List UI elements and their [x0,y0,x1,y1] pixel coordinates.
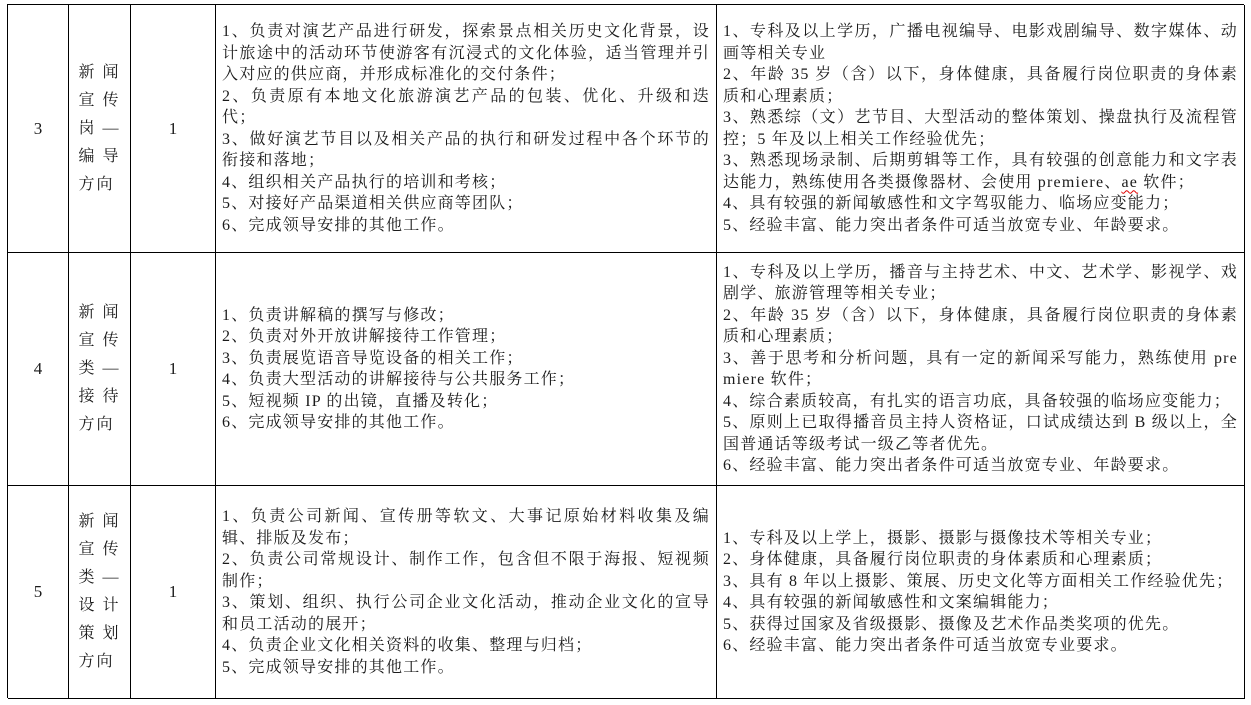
requirement-item: 4、综合素质较高，有扎实的语言功底，具备较强的临场应变能力； [723,391,1238,413]
duty-item: 2、负责原有本地文化旅游演艺产品的包装、优化、升级和迭代； [222,86,710,129]
requirements-cell: 1、专科及以上学上，摄影、摄影与摄像技术等相关专业； 2、身体健康，具备履行岗位… [717,486,1245,699]
position-name: 新闻宣传类—设计策划方向 [79,508,121,676]
duty-item: 4、负责企业文化相关资料的收集、整理与归档； [222,635,710,657]
duty-item: 2、负责公司常规设计、制作工作，包含但不限于海报、短视频制作； [222,549,710,592]
duties-cell: 1、负责对演艺产品进行研发，探索景点相关历史文化背景，设计旅途中的活动环节使游客… [216,5,717,253]
duty-item: 1、负责对演艺产品进行研发，探索景点相关历史文化背景，设计旅途中的活动环节使游客… [222,21,710,86]
requirement-item: 4、具有较强的新闻敏感性和文案编辑能力； [723,592,1238,614]
requirement-item: 2、年龄 35 岁（含）以下，身体健康，具备履行岗位职责的身体素质和心理素质； [723,305,1238,348]
headcount: 1 [169,582,178,602]
requirement-item: 6、经验丰富、能力突出者条件可适当放宽专业要求。 [723,635,1238,657]
duty-item: 4、组织相关产品执行的培训和考核； [222,172,710,194]
duty-item: 5、对接好产品渠道相关供应商等团队； [222,193,710,215]
duty-item: 5、短视频 IP 的出镜，直播及转化； [222,391,710,413]
requirement-item: 5、原则上已取得播音员主持人资格证，口试成绩达到 B 级以上，全国普通话等级考试… [723,412,1238,455]
duty-item: 2、负责对外开放讲解接待工作管理； [222,326,710,348]
position-name: 新闻宣传类—接待方向 [79,299,121,439]
job-positions-table: 3 新闻宣传岗—编导方向 1 1、负责对演艺产品进行研发，探索景点相关历史文化背… [7,4,1244,698]
position-name-cell: 新闻宣传类—设计策划方向 [69,486,131,699]
duty-item: 1、负责讲解稿的撰写与修改； [222,305,710,327]
requirement-item: 4、具有较强的新闻敏感性和文字驾驭能力、临场应变能力； [723,193,1238,215]
row-no-cell: 3 [8,5,69,253]
row-no: 4 [34,359,43,379]
requirements-cell: 1、专科及以上学历，播音与主持艺术、中文、艺术学、影视学、戏剧学、旅游管理等相关… [717,253,1245,486]
duty-item: 3、负责展览语音导览设备的相关工作； [222,348,710,370]
requirement-item: 5、经验丰富、能力突出者条件可适当放宽专业、年龄要求。 [723,215,1238,237]
row-no-cell: 5 [8,486,69,699]
requirement-item: 1、专科及以上学历，播音与主持艺术、中文、艺术学、影视学、戏剧学、旅游管理等相关… [723,262,1238,305]
requirement-item: 2、年龄 35 岁（含）以下，身体健康，具备履行岗位职责的身体素质和心理素质； [723,64,1238,107]
headcount-cell: 1 [131,253,216,486]
requirement-item: 3、具有 8 年以上摄影、策展、历史文化等方面相关工作经验优先； [723,571,1238,593]
duty-item: 1、负责公司新闻、宣传册等软文、大事记原始材料收集及编辑、排版及发布； [222,506,710,549]
duty-item: 6、完成领导安排的其他工作。 [222,412,710,434]
spellcheck-flagged-text: ae [1121,174,1138,191]
duty-item: 3、做好演艺节目以及相关产品的执行和研发过程中各个环节的衔接和落地； [222,129,710,172]
requirement-item: 3、熟悉综（文）艺节目、大型活动的整体策划、操盘执行及流程管控；5 年及以上相关… [723,107,1238,150]
headcount-cell: 1 [131,5,216,253]
row-no: 5 [34,582,43,602]
duty-item: 6、完成领导安排的其他工作。 [222,215,710,237]
position-name: 新闻宣传岗—编导方向 [79,59,121,199]
requirement-item: 5、获得过国家及省级摄影、摄像及艺术作品类奖项的优先。 [723,614,1238,636]
requirements-cell: 1、专科及以上学历，广播电视编导、电影戏剧编导、数字媒体、动画等相关专业 2、年… [717,5,1245,253]
requirement-item: 1、专科及以上学历，广播电视编导、电影戏剧编导、数字媒体、动画等相关专业 [723,21,1238,64]
requirement-item: 3、善于思考和分析问题，具有一定的新闻采写能力，熟练使用 premiere 软件… [723,348,1238,391]
requirement-item: 3、熟悉现场录制、后期剪辑等工作，具有较强的创意能力和文字表达能力，熟练使用各类… [723,150,1238,193]
duty-item: 3、策划、组织、执行公司企业文化活动，推动企业文化的宣导和员工活动的展开； [222,592,710,635]
duty-item: 5、完成领导安排的其他工作。 [222,657,710,679]
duties-cell: 1、负责公司新闻、宣传册等软文、大事记原始材料收集及编辑、排版及发布； 2、负责… [216,486,717,699]
row-no: 3 [34,119,43,139]
document-page: 3 新闻宣传岗—编导方向 1 1、负责对演艺产品进行研发，探索景点相关历史文化背… [0,0,1251,705]
headcount: 1 [169,119,178,139]
duties-cell: 1、负责讲解稿的撰写与修改； 2、负责对外开放讲解接待工作管理； 3、负责展览语… [216,253,717,486]
requirement-item: 2、身体健康，具备履行岗位职责的身体素质和心理素质； [723,549,1238,571]
requirement-text: 软件； [1138,174,1195,191]
headcount: 1 [169,359,178,379]
headcount-cell: 1 [131,486,216,699]
position-name-cell: 新闻宣传岗—编导方向 [69,5,131,253]
requirement-item: 1、专科及以上学上，摄影、摄影与摄像技术等相关专业； [723,528,1238,550]
duty-item: 4、负责大型活动的讲解接待与公共服务工作； [222,369,710,391]
row-no-cell: 4 [8,253,69,486]
requirement-item: 6、经验丰富、能力突出者条件可适当放宽专业、年龄要求。 [723,455,1238,477]
position-name-cell: 新闻宣传类—接待方向 [69,253,131,486]
